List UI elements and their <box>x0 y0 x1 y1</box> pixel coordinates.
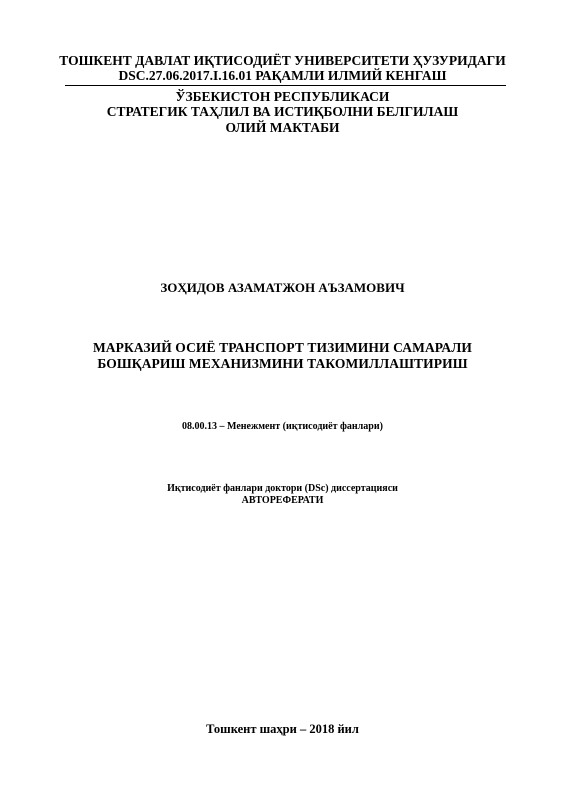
school-line-3: ОЛИЙ МАКТАБИ <box>0 121 565 135</box>
degree-line-1: Иқтисодиёт фанлари доктори (DSc) диссерт… <box>0 484 565 494</box>
header-rule <box>65 85 506 86</box>
degree-line-2: АВТОРЕФЕРАТИ <box>0 496 565 506</box>
specialty-code: 08.00.13 – Менежмент (иқтисодиёт фанлари… <box>0 422 565 432</box>
place-year: Тошкент шаҳри – 2018 йил <box>0 723 565 736</box>
school-line-2: СТРАТЕГИК ТАҲЛИЛ ВА ИСТИҚБОЛНИ БЕЛГИЛАШ <box>0 105 565 119</box>
council-line-2: DSC.27.06.2017.I.16.01 РАҚАМЛИ ИЛМИЙ КЕН… <box>0 69 565 83</box>
title-line-1: МАРКАЗИЙ ОСИЁ ТРАНСПОРТ ТИЗИМИНИ САМАРАЛ… <box>0 341 565 355</box>
author-name: ЗОҲИДОВ АЗАМАТЖОН АЪЗАМОВИЧ <box>0 281 565 294</box>
school-line-1: ЎЗБЕКИСТОН РЕСПУБЛИКАСИ <box>0 90 565 104</box>
title-line-2: БОШҚАРИШ МЕХАНИЗМИНИ ТАКОМИЛЛАШТИРИШ <box>0 357 565 371</box>
document-page: ТОШКЕНТ ДАВЛАТ ИҚТИСОДИЁТ УНИВЕРСИТЕТИ Ҳ… <box>0 0 565 800</box>
council-line-1: ТОШКЕНТ ДАВЛАТ ИҚТИСОДИЁТ УНИВЕРСИТЕТИ Ҳ… <box>0 54 565 68</box>
